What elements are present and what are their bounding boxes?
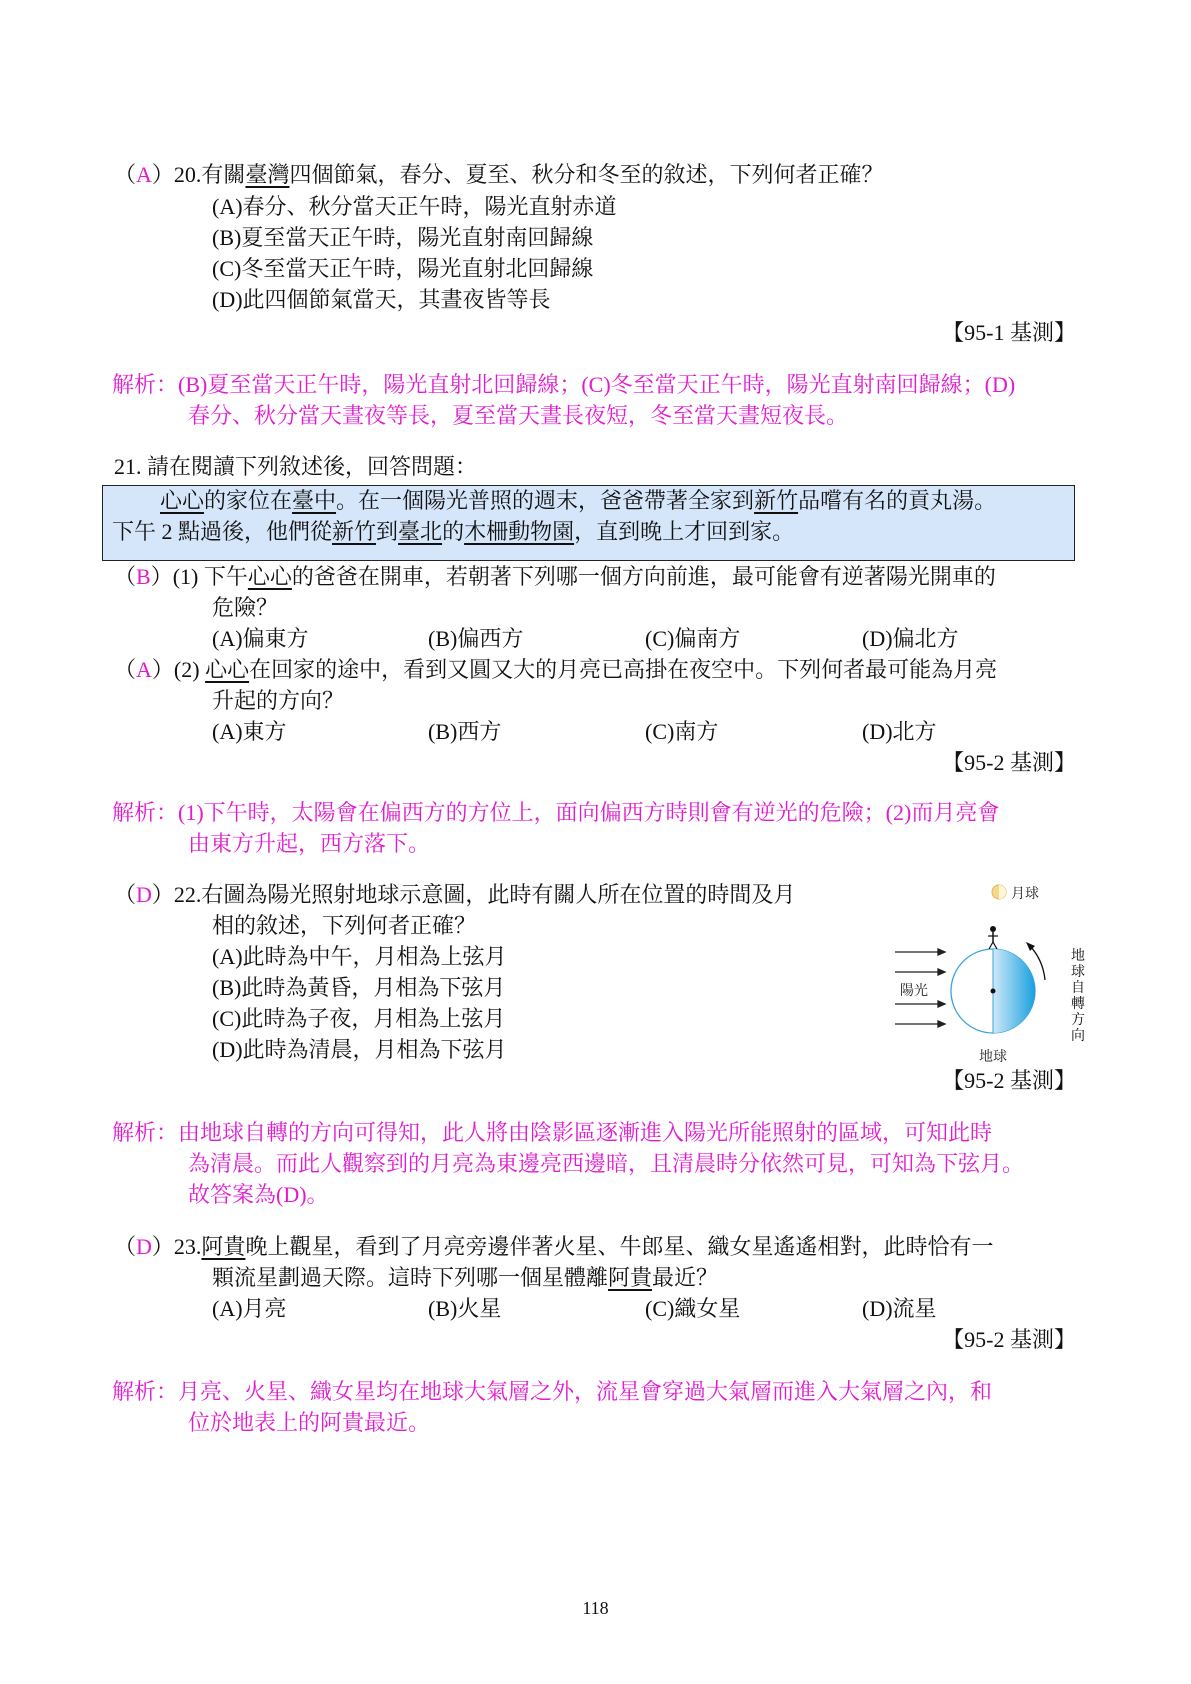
- sunlight-label: 陽光: [900, 980, 928, 1000]
- q23-stem: （D）23.阿貴晚上觀星，看到了月亮旁邊伴著火星、牛郎星、織女星遙遙相對，此時恰…: [114, 1232, 993, 1262]
- q21-source: 【95-2 基測】: [942, 748, 1076, 778]
- q21-sub1-stem-line2: 危險？: [212, 593, 278, 623]
- q22-option-a: (A)此時為中午，月相為上弦月: [212, 942, 507, 972]
- q22-analysis: 解析：由地球自轉的方向可得知，此人將由陰影區逐漸進入陽光所能照射的區域，可知此時: [112, 1118, 992, 1148]
- earth-label: 地球: [979, 1046, 1007, 1066]
- q20-option-c: (C)冬至當天正午時，陽光直射北回歸線: [212, 254, 593, 284]
- q21-analysis: 解析：(1)下午時，太陽會在偏西方的方位上，面向偏西方時則會有逆光的危險；(2)…: [112, 798, 999, 828]
- q21-sub1-option-d: (D)偏北方: [862, 624, 959, 654]
- earth-diagram-graphic: [880, 880, 1090, 1070]
- page-number: 118: [0, 1598, 1191, 1619]
- q23-analysis-line2: 位於地表上的阿貴最近。: [188, 1408, 430, 1438]
- q22-stem: （D）22.右圖為陽光照射地球示意圖，此時有關人所在位置的時間及月: [114, 880, 795, 910]
- q21-sub2-stem: （A）(2) 心心在回家的途中，看到又圓又大的月亮已高掛在夜空中。下列何者最可能…: [114, 655, 997, 685]
- q22-stem-line2: 相的敘述，下列何者正確？: [212, 911, 476, 941]
- q21-sub1-stem: （B）(1) 下午心心的爸爸在開車，若朝著下列哪一個方向前進，最可能會有逆著陽光…: [114, 562, 996, 592]
- q22-analysis-line3: 故答案為(D)。: [188, 1180, 329, 1210]
- q21-sub2-option-d: (D)北方: [862, 717, 937, 747]
- q21-sub1-answer: B: [136, 564, 151, 589]
- q22-answer: D: [136, 882, 152, 907]
- q23-option-c: (C)織女星: [645, 1294, 740, 1324]
- q23-option-d: (D)流星: [862, 1294, 937, 1324]
- q21-sub1-option-c: (C)偏南方: [645, 624, 740, 654]
- q21-analysis-line2: 由東方升起，西方落下。: [188, 829, 430, 859]
- q23-source: 【95-2 基測】: [942, 1325, 1076, 1355]
- q23-stem-line2: 顆流星劃過天際。這時下列哪一個星體離阿貴最近？: [212, 1263, 718, 1293]
- q21-passage-line1: 心心的家位在臺中。在一個陽光普照的週末，爸爸帶著全家到新竹品嚐有名的貢丸湯。: [160, 486, 996, 516]
- q20-option-d: (D)此四個節氣當天，其晝夜皆等長: [212, 285, 551, 315]
- q21-sub2-option-b: (B)西方: [428, 717, 501, 747]
- q21-sub2-answer: A: [136, 657, 152, 682]
- q23-option-b: (B)火星: [428, 1294, 501, 1324]
- q22-analysis-line2: 為清晨。而此人觀察到的月亮為東邊亮西邊暗，且清晨時分依然可見，可知為下弦月。: [188, 1149, 1024, 1179]
- q20-analysis-line2: 春分、秋分當天晝夜等長，夏至當天晝長夜短，冬至當天晝短夜長。: [188, 401, 848, 431]
- q22-option-c: (C)此時為子夜，月相為上弦月: [212, 1004, 505, 1034]
- q23-option-a: (A)月亮: [212, 1294, 287, 1324]
- q21-sub2-option-a: (A)東方: [212, 717, 287, 747]
- q20-answer: A: [136, 162, 152, 187]
- q22-source: 【95-2 基測】: [942, 1066, 1076, 1096]
- q21-intro: 21. 請在閱讀下列敘述後，回答問題：: [114, 452, 477, 482]
- q20-option-a: (A)春分、秋分當天正午時，陽光直射赤道: [212, 192, 617, 222]
- q21-sub2-option-c: (C)南方: [645, 717, 718, 747]
- q23-analysis: 解析：月亮、火星、織女星均在地球大氣層之外，流星會穿過大氣層而進入大氣層之內，和: [112, 1377, 992, 1407]
- moon-label: 月球: [1011, 883, 1039, 903]
- q22-option-b: (B)此時為黃昏，月相為下弦月: [212, 973, 505, 1003]
- q20-source: 【95-1 基測】: [942, 318, 1076, 348]
- q21-sub2-stem-line2: 升起的方向？: [212, 686, 344, 716]
- q22-option-d: (D)此時為清晨，月相為下弦月: [212, 1035, 507, 1065]
- q20-stem: （A）20.有關臺灣四個節氣，春分、夏至、秋分和冬至的敘述，下列何者正確？: [114, 160, 883, 190]
- q23-answer: D: [136, 1234, 152, 1259]
- q20-option-b: (B)夏至當天正午時，陽光直射南回歸線: [212, 223, 593, 253]
- q20-analysis: 解析：(B)夏至當天正午時，陽光直射北回歸線；(C)冬至當天正午時，陽光直射南回…: [112, 370, 1015, 400]
- earth-sunlight-diagram: 月球 陽光 地球 地 球 自 轉 方 向: [880, 880, 1090, 1070]
- q21-sub1-option-a: (A)偏東方: [212, 624, 309, 654]
- rotation-direction-label: 地 球 自 轉 方 向: [1070, 948, 1086, 1044]
- q21-sub1-option-b: (B)偏西方: [428, 624, 523, 654]
- q21-passage-line2: 下午 2 點過後，他們從新竹到臺北的木柵動物園，直到晚上才回到家。: [112, 517, 794, 547]
